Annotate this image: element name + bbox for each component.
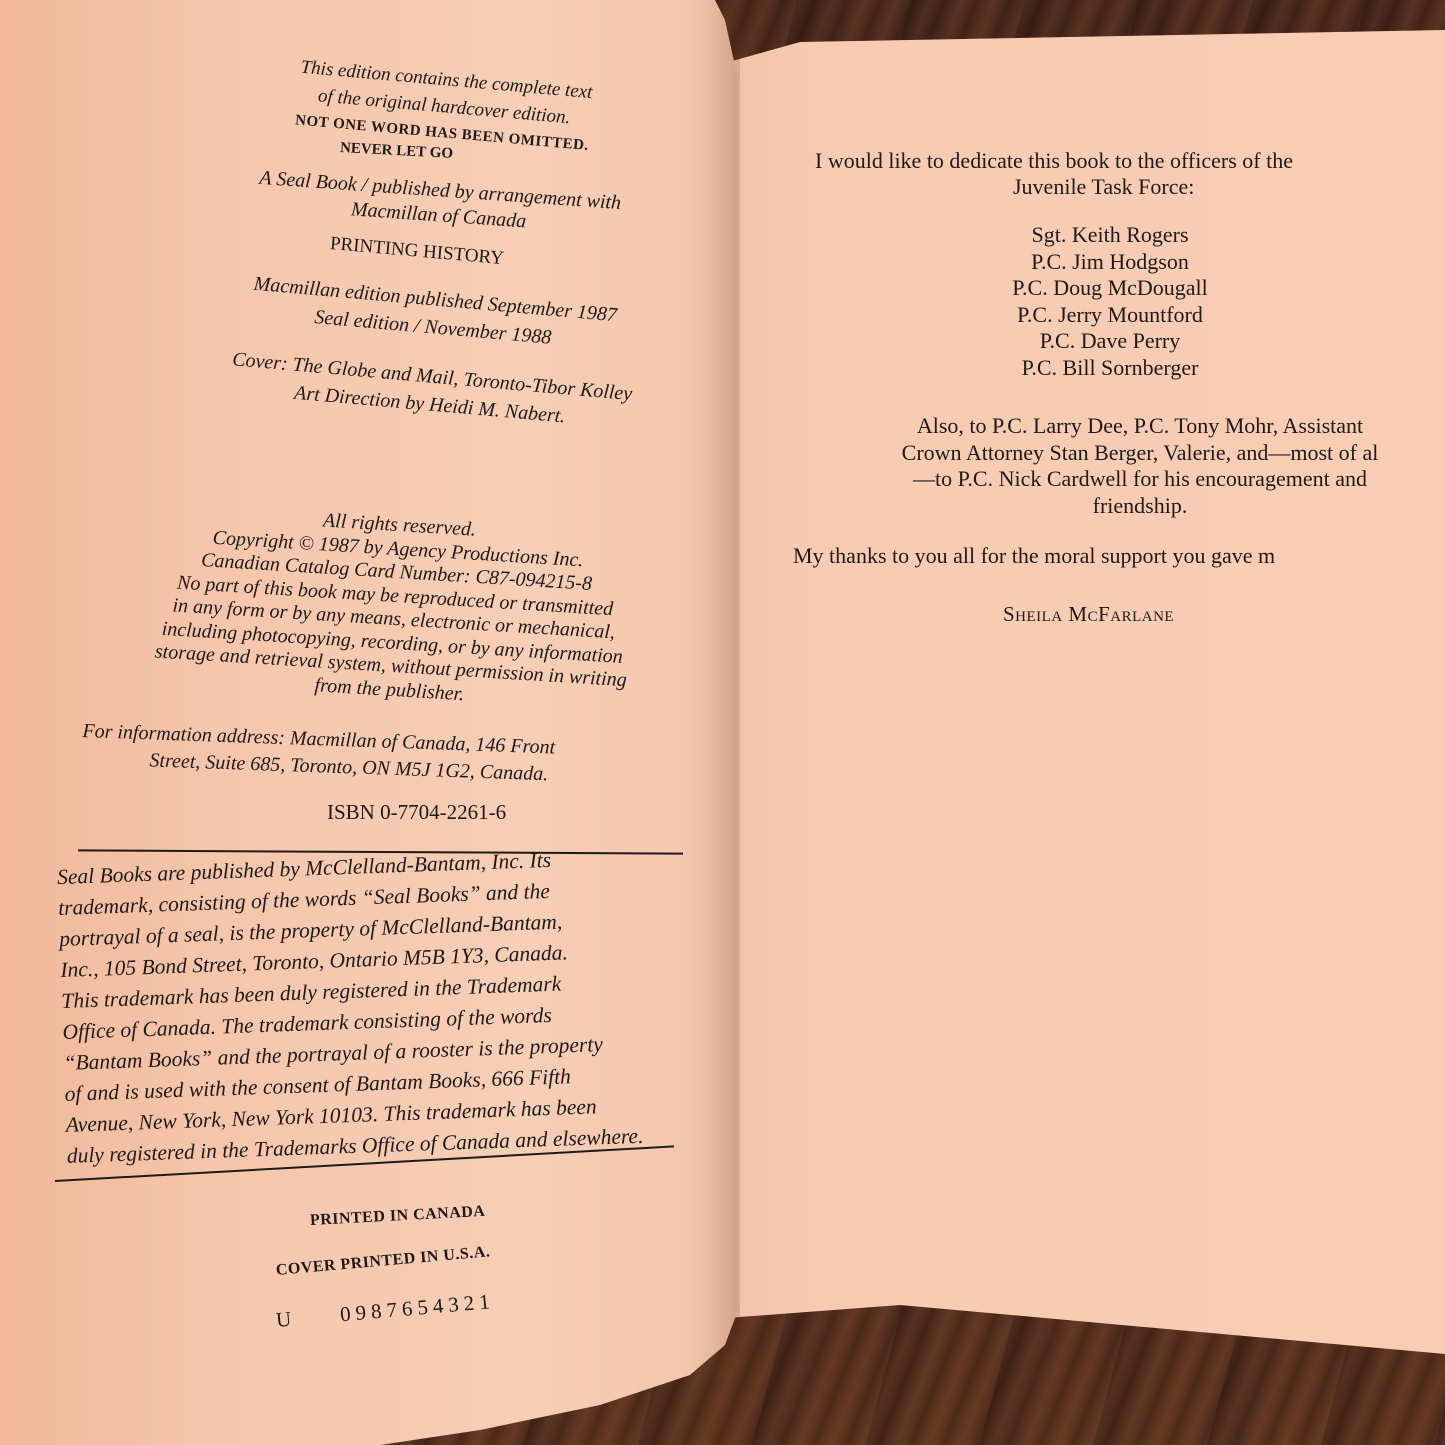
isbn: ISBN 0-7704-2261-6 (327, 800, 506, 825)
additional-dedication: Also, to P.C. Larry Dee, P.C. Tony Mohr,… (810, 413, 1445, 519)
trademark-notice: Seal Books are published by McClelland-B… (57, 840, 697, 1172)
officer-name: P.C. Dave Perry (950, 328, 1270, 355)
publisher-address: For information address: Macmillan of Ca… (81, 718, 703, 794)
dedication-page: I would like to dedicate this book to th… (700, 0, 1445, 1445)
officer-name: P.C. Jim Hodgson (950, 249, 1270, 276)
dedication-line: Also, to P.C. Larry Dee, P.C. Tony Mohr,… (810, 413, 1445, 440)
thanks-line: My thanks to you all for the moral suppo… (793, 543, 1275, 570)
printer-letter: U (275, 1307, 293, 1333)
officer-name: P.C. Jerry Mountford (950, 302, 1270, 329)
officer-name: P.C. Doug McDougall (950, 275, 1270, 302)
printing-number-line: U 0987654321 (275, 1289, 496, 1333)
officer-list: Sgt. Keith Rogers P.C. Jim Hodgson P.C. … (950, 222, 1270, 381)
printing-line: 0987654321 (339, 1289, 496, 1327)
rights-notice: All rights reserved. Copyright © 1987 by… (79, 495, 709, 720)
dedication-line: Crown Attorney Stan Berger, Valerie, and… (810, 440, 1445, 467)
printing-history-heading: PRINTING HISTORY (329, 233, 505, 270)
dedication-intro: I would like to dedicate this book to th… (815, 148, 1293, 175)
officer-name: Sgt. Keith Rogers (950, 222, 1270, 249)
author-signature: Sheila McFarlane (1003, 601, 1174, 628)
dedication-line: —to P.C. Nick Cardwell for his encourage… (810, 466, 1445, 493)
publication-note: A Seal Book / published by arrangement w… (203, 162, 675, 245)
dedication-intro-cont: Juvenile Task Force: (1013, 174, 1194, 201)
cover-printed-in: COVER PRINTED IN U.S.A. (275, 1243, 491, 1280)
printed-in: PRINTED IN CANADA (310, 1203, 486, 1230)
dedication-line: friendship. (810, 493, 1445, 520)
officer-name: P.C. Bill Sornberger (950, 355, 1270, 382)
copyright-page: This edition contains the complete text … (0, 0, 740, 1445)
